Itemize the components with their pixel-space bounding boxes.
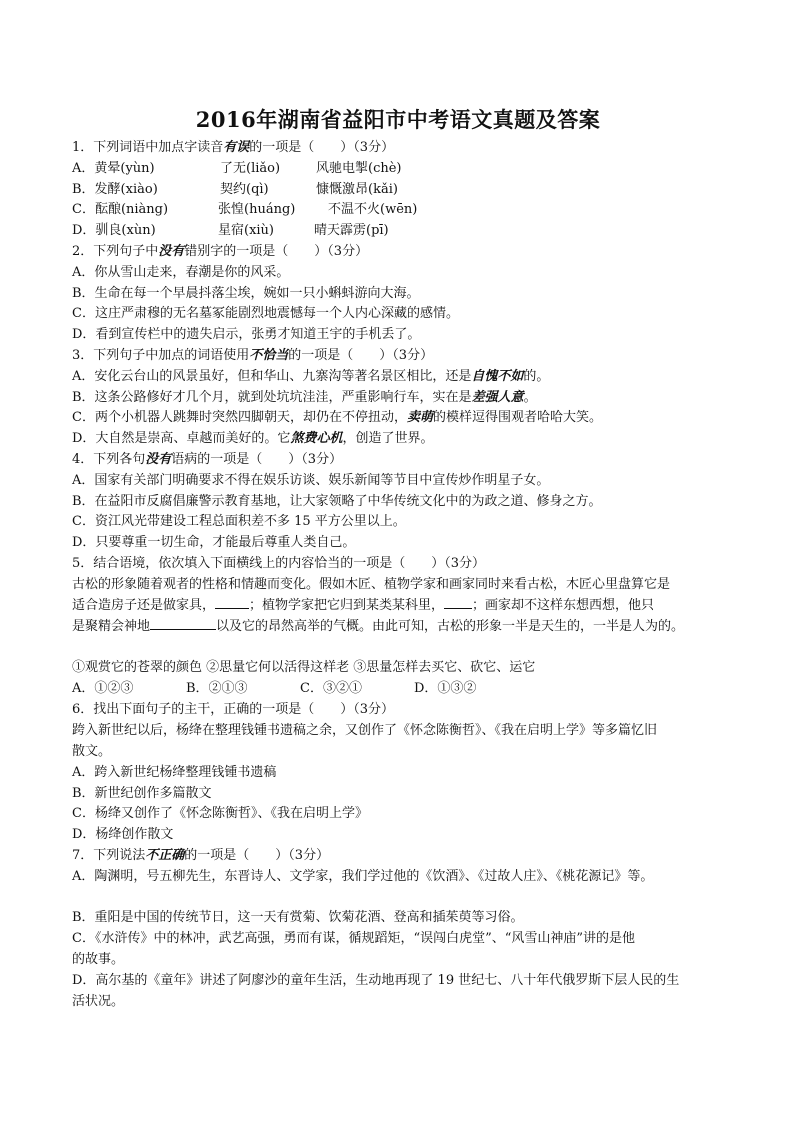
page-title: 2016年湖南省益阳市中考语文真题及答案 (72, 104, 724, 134)
q1-d-1: D．驯良(xùn) (72, 221, 218, 241)
q3-a-emphasis: 自愧不如 (471, 369, 523, 384)
blank-3 (150, 617, 216, 630)
q5-option-a: A．①②③ (72, 679, 186, 699)
q5-option-d: D．①③② (414, 679, 476, 699)
q7-stem-tail: 的一项是（ ）（3分） (184, 848, 329, 863)
q3-b-tail: 。 (524, 390, 537, 405)
q3-option-c: C．两个小机器人跳舞时突然四脚朝天，却仍在不停扭动，卖萌的模样逗得围观者哈哈大笑… (72, 408, 602, 428)
q6-option-c: C．杨绛又创作了《怀念陈衡哲》、《我在启明上学》 (72, 804, 368, 824)
q5-passage-text: 是聚精会神地 (72, 619, 150, 634)
q3-c-tail: 的模样逗得围观者哈哈大笑。 (433, 410, 602, 425)
q3-stem-text: 3．下列句子中加点的词语使用 (72, 348, 249, 363)
q1-emphasis: 有误 (223, 140, 249, 155)
q3-a-tail: 的。 (523, 369, 549, 384)
q3-d-text: D．大自然是崇高、卓越而美好的。它 (72, 431, 290, 446)
q7-option-d-line-1: D．高尔基的《童年》讲述了阿廖沙的童年生活，生动地再现了 19 世纪七、八十年代… (72, 971, 679, 991)
q2-emphasis: 没有 (158, 244, 184, 259)
q4-option-c: C．资江风光带建设工程总面积差不多 15 平方公里以上。 (72, 512, 406, 532)
q3-stem-tail: 的一项是（ ）（3分） (288, 348, 433, 363)
q3-option-a: A．安化云台山的风景虽好，但和华山、九寨沟等著名景区相比，还是自愧不如的。 (72, 367, 549, 387)
q2-option-c: C．这庄严肃穆的无名墓冢能剧烈地震憾每一个人内心深藏的感情。 (72, 304, 459, 324)
q1-a-1: A．黄晕(yùn) (72, 159, 220, 179)
q1-d-3: 晴天霹雳(pī) (314, 221, 389, 241)
q3-stem: 3．下列句子中加点的词语使用不恰当的一项是（ ）（3分） (72, 346, 433, 366)
q5-option-b: B．②①③ (186, 679, 300, 699)
q2-stem: 2．下列句子中没有错别字的一项是（ ）（3分） (72, 242, 368, 262)
q7-emphasis: 不正确 (145, 848, 184, 863)
q2-option-d: D．看到宣传栏中的遗失启示，张勇才知道王宇的手机丢了。 (72, 325, 420, 345)
q3-d-tail: ，创造了世界。 (342, 431, 433, 446)
q1-option-b: B．发酵(xiào)契约(qì)慷慨激昂(kǎi) (72, 180, 398, 200)
q4-stem-tail: 语病的一项是（ ）（3分） (171, 452, 342, 467)
q1-option-d: D．驯良(xùn)星宿(xiù)晴天霹雳(pī) (72, 221, 389, 241)
q1-option-c: C．酝酿(niàng)张惶(huáng)不温不火(wēn) (72, 200, 417, 220)
q2-stem-tail: 错别字的一项是（ ）（3分） (184, 244, 368, 259)
q4-option-d: D．只要尊重一切生命，才能最后尊重人类自己。 (72, 533, 355, 553)
q6-sentence-line-1: 跨入新世纪以后，杨绛在整理钱锺书遗稿之余，又创作了《怀念陈衡哲》、《我在启明上学… (72, 721, 657, 741)
q5-option-c: C．③②① (300, 679, 414, 699)
q7-option-c-line-2: 的故事。 (72, 950, 124, 970)
q7-option-a: A．陶渊明，号五柳先生，东晋诗人、文学家，我们学过他的《饮酒》、《过故人庄》、《… (72, 867, 653, 887)
q1-c-3: 不温不火(wēn) (328, 200, 417, 220)
q3-c-emphasis: 卖萌 (407, 410, 433, 425)
q1-stem: 1．下列词语中加点字读音有误的一项是（ ）（3分） (72, 138, 394, 158)
q3-a-text: A．安化云台山的风景虽好，但和华山、九寨沟等著名景区相比，还是 (72, 369, 471, 384)
q4-option-a: A．国家有关部门明确要求不得在娱乐访谈、娱乐新闻等节目中宣传炒作明星子女。 (72, 471, 549, 491)
q6-sentence-line-2: 散文。 (72, 742, 111, 762)
q6-option-b: B．新世纪创作多篇散文 (72, 784, 212, 804)
q5-passage-text: ；画家却不这样东想西想，他只 (472, 598, 654, 613)
q2-stem-text: 2．下列句子中 (72, 244, 158, 259)
q7-option-d-line-2: 活状况。 (72, 992, 124, 1012)
q6-option-d: D．杨绛创作散文 (72, 825, 173, 845)
q1-c-2: 张惶(huáng) (218, 200, 328, 220)
q3-b-text: B．这条公路修好才几个月，就到处坑坑洼洼，严重影响行车，实在是 (72, 390, 472, 405)
q5-options: A．①②③B．②①③C．③②①D．①③② (72, 679, 476, 699)
q2-option-a: A．你从雪山走来，春潮是你的风采。 (72, 263, 289, 283)
q1-b-3: 慷慨激昂(kǎi) (316, 180, 398, 200)
q1-stem-tail: 的一项是（ ）（3分） (249, 140, 394, 155)
q6-stem: 6．找出下面句子的主干，正确的一项是（ ）（3分） (72, 700, 394, 720)
q3-d-emphasis: 煞费心机 (290, 431, 342, 446)
blank-1 (215, 596, 249, 609)
q7-stem: 7．下列说法不正确的一项是（ ）（3分） (72, 846, 329, 866)
q6-option-a: A．跨入新世纪杨绛整理钱锺书遗稿 (72, 763, 276, 783)
q5-stem: 5．结合语境，依次填入下面横线上的内容恰当的一项是（ ）（3分） (72, 554, 485, 574)
q5-passage-line-2: 适合造房子还是做家具，；植物学家把它归到某类某科里，；画家却不这样东想西想，他只 (72, 596, 654, 616)
q4-stem-text: 4．下列各句 (72, 452, 145, 467)
q5-passage-line-3: 是聚精会神地以及它的昂然高举的气概。由此可知，古松的形象一半是天生的，一半是人为… (72, 617, 684, 637)
q3-option-b: B．这条公路修好才几个月，就到处坑坑洼洼，严重影响行车，实在是差强人意。 (72, 388, 537, 408)
q7-option-b: B．重阳是中国的传统节日，这一天有赏菊、饮菊花酒、登高和插茱萸等习俗。 (72, 908, 524, 928)
q5-passage-text: ；植物学家把它归到某类某科里， (249, 598, 444, 613)
q1-b-2: 契约(qì) (220, 180, 316, 200)
q3-c-text: C．两个小机器人跳舞时突然四脚朝天，却仍在不停扭动， (72, 410, 407, 425)
q5-passage-text: 以及它的昂然高举的气概。由此可知，古松的形象一半是天生的，一半是人为的。 (216, 619, 684, 634)
q4-option-b: B．在益阳市反腐倡廉警示教育基地，让大家领略了中华传统文化中的为政之道、修身之方… (72, 492, 602, 512)
q4-emphasis: 没有 (145, 452, 171, 467)
q4-stem: 4．下列各句没有语病的一项是（ ）（3分） (72, 450, 342, 470)
q5-items: ①观赏它的苍翠的颜色 ②思量它何以活得这样老 ③思量怎样去买它、砍它、运它 (72, 658, 535, 678)
q1-a-2: 了无(liǎo) (220, 159, 316, 179)
q5-passage-line-1: 古松的形象随着观者的性格和情趣而变化。假如木匠、植物学家和画家同时来看古松，木匠… (72, 575, 670, 595)
q1-b-1: B．发酵(xiào) (72, 180, 220, 200)
q1-stem-text: 1．下列词语中加点字读音 (72, 140, 223, 155)
blank-2 (444, 596, 472, 609)
q1-d-2: 星宿(xiù) (218, 221, 314, 241)
q3-emphasis: 不恰当 (249, 348, 288, 363)
q5-passage-text: 适合造房子还是做家具， (72, 598, 215, 613)
q3-b-emphasis: 差强人意 (472, 390, 524, 405)
q3-option-d: D．大自然是崇高、卓越而美好的。它煞费心机，创造了世界。 (72, 429, 433, 449)
q7-option-c-line-1: C．《水浒传》中的林冲，武艺高强，勇而有谋，循规蹈矩，“误闯白虎堂”、“风雪山神… (72, 929, 635, 949)
q1-a-3: 风驰电掣(chè) (316, 159, 402, 179)
q1-option-a: A．黄晕(yùn)了无(liǎo)风驰电掣(chè) (72, 159, 402, 179)
q2-option-b: B．生命在每一个早晨抖落尘埃，婉如一只小蝌蚪游向大海。 (72, 284, 420, 304)
q1-c-1: C．酝酿(niàng) (72, 200, 218, 220)
q7-stem-text: 7．下列说法 (72, 848, 145, 863)
